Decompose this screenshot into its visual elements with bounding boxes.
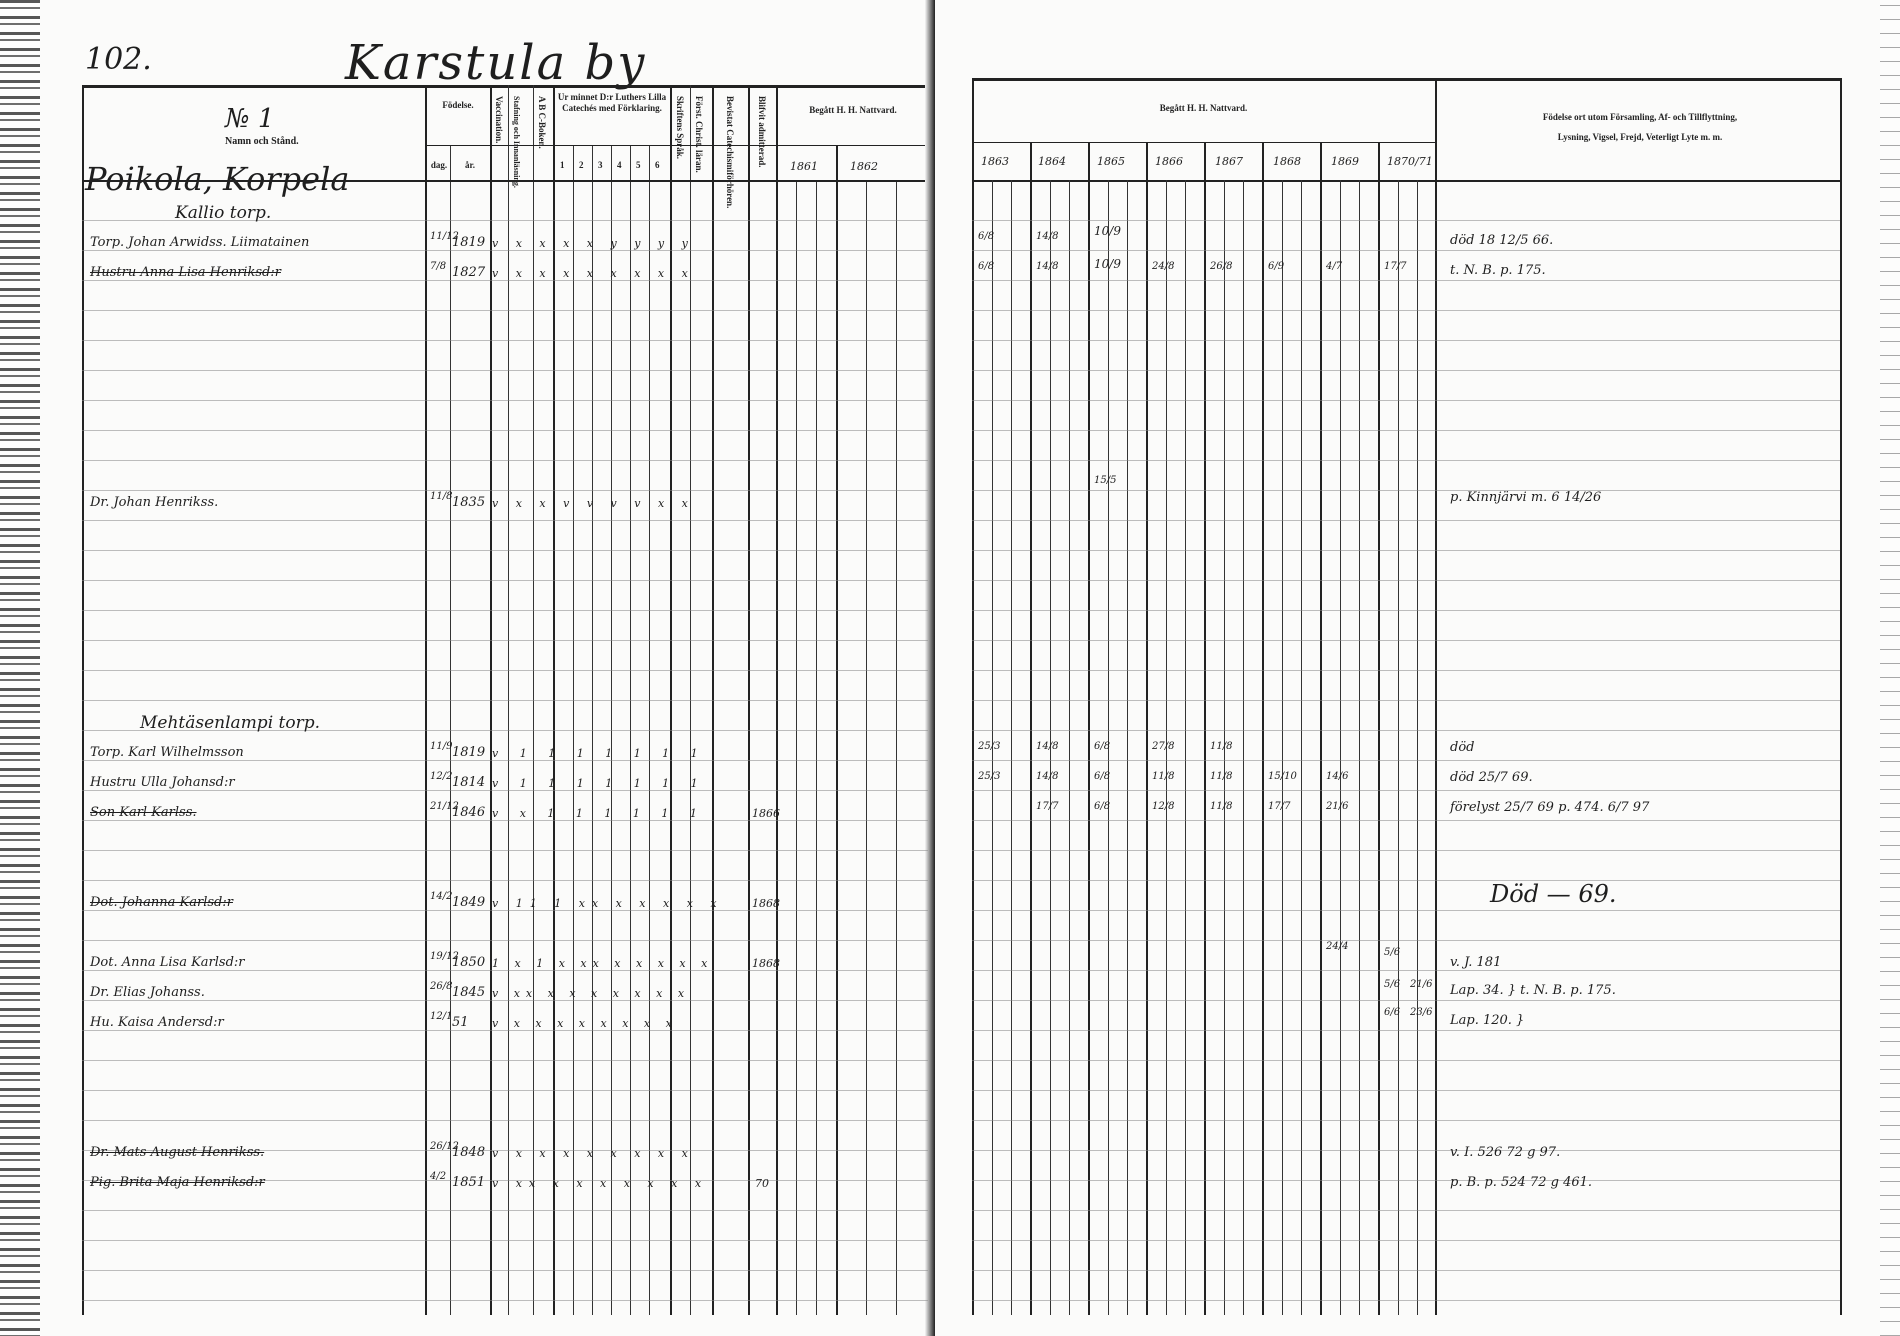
entry-marks: v xx x x x x x x x [492,1177,708,1190]
communion-1868: 17/7 [1268,802,1290,812]
col-rule [1030,142,1032,1315]
ruling-line [972,490,1840,491]
ruling-line [972,430,1840,431]
abc-boken-label: A B C-Boken. [537,96,547,186]
ruling-line [82,670,928,671]
col-rule [1359,180,1360,1315]
entry-name: Hu. Kaisa Andersd:r [90,1015,224,1030]
entry-birth-day: 11/9 [430,742,452,752]
admitterad-label: Blifvit admitterad. [757,96,767,186]
col-rule [816,180,817,1315]
entry-birth-year: 1827 [452,265,485,280]
col-rule [1185,180,1186,1315]
ruling-line [82,370,928,371]
entry-birth-day: 14/2 [430,892,452,902]
communion-1864: 14/8 [1036,232,1058,242]
entry-birth-year: 1835 [452,495,485,510]
communion-1865: 6/8 [1094,742,1110,752]
ruling-line [972,1300,1840,1301]
communion-1866: 24/8 [1152,262,1174,272]
ruling-line [972,1120,1840,1121]
entry-birth-day: 12/1 [430,1012,452,1022]
ruling-line [972,580,1840,581]
entry-marks: v x x x x x x x x [492,1017,678,1030]
entry-notes: död 25/7 69. [1450,770,1533,785]
ruling-line [82,280,928,281]
entry-birth-year: 1814 [452,775,485,790]
bevistat-label: Bevistat Catechismiförhören. [725,96,735,186]
communion-1870: 17/7 [1384,262,1406,272]
ruling-line [972,1180,1840,1181]
communion-1867: 11/8 [1210,742,1232,752]
communion-1869: 6/6 [1384,1008,1400,1018]
ruling-line [82,1120,928,1121]
col-rule [1243,180,1244,1315]
ruling-line [82,250,928,251]
ruling-line [972,910,1840,911]
entry-notes: död 18 12/5 66. [1450,233,1553,248]
ruling-line [972,850,1840,851]
entry-name: Pig. Brita Maja Henriksd:r [90,1175,265,1190]
ruling-line [972,640,1840,641]
ruling-line [82,1060,928,1061]
entry-birth-year: 1849 [452,895,485,910]
ruling-line [82,550,928,551]
entry-marks: v x x x x y y y y [492,237,695,250]
communion-1866: 27/8 [1152,742,1174,752]
col-rule [1282,180,1283,1315]
ruling-line [972,610,1840,611]
notes-label-1: Födelse ort utom Församling, Af- och Til… [1440,112,1840,123]
col-rule [1204,142,1206,1315]
header-rule-right [972,78,1842,81]
ruling-line [972,1270,1840,1271]
communion-1867: 11/8 [1210,802,1232,812]
cat-col-4: 4 [617,160,622,171]
ruling-line [972,1210,1840,1211]
entry-birth-day: 7/8 [430,262,446,272]
col-rule [1417,180,1418,1315]
cat-col-3: 3 [598,160,603,171]
communion-1870: 23/6 [1410,1008,1432,1018]
header-bottom-rule-right [972,180,1840,182]
ruling-line [972,1150,1840,1151]
ruling-line [972,520,1840,521]
left-page: 102. Karstula by № 1 Namn och Stånd. Poi… [0,0,935,1336]
ruling-line [972,310,1840,311]
entry-notes: Lap. 120. } [1450,1013,1524,1028]
year-1864: 1864 [1038,155,1066,168]
scan-edge-right [1880,0,1900,1336]
col-rule [1069,180,1070,1315]
entry-name: Dr. Johan Henrikss. [90,495,218,510]
name-label: Namn och Stånd. [225,136,299,147]
communion-1869: 4/7 [1326,262,1342,272]
stafning-label: Stafning och Innanläsning. [512,96,521,186]
col-rule [1088,142,1090,1315]
entry-birth-year: 1850 [452,955,485,970]
entry-notes: förelyst 25/7 69 p. 474. 6/7 97 [1450,800,1649,815]
entry-birth-year: 1846 [452,805,485,820]
entry-birth-year: 1819 [452,235,485,250]
ruling-line [82,1300,928,1301]
year-1866: 1866 [1155,155,1183,168]
entry-marks: v x x v v v v x x [492,497,695,510]
year-1869: 1869 [1331,155,1359,168]
ruling-line [972,400,1840,401]
section-title: Mehtäsenlampi torp. [140,713,320,733]
notes-divider [1435,78,1437,1315]
ruling-line [82,820,928,821]
skriftens-label: Skriftens Språk. [675,96,685,186]
communion-1870: 21/6 [1410,980,1432,990]
entry-marks: 1 x 1 x xx x x x x x [492,957,713,970]
frame-left-right [972,78,974,1315]
entry-name: Torp. Johan Arwidss. Liimatainen [90,235,309,250]
communion-1867: 11/8 [1210,772,1232,782]
forst-christ-label: Först. Christ. läran. [694,96,704,186]
communion-1864: 14/8 [1036,772,1058,782]
frame-right-right [1840,78,1842,1315]
year-1861: 1861 [790,160,818,173]
ruling-line [82,310,928,311]
place-title: Karstula by [345,35,646,91]
ruling-line [972,460,1840,461]
ruling-line [82,1210,928,1211]
header-subrule [425,145,928,146]
entry-name: Torp. Karl Wilhelmsson [90,745,244,760]
entry-admitted: 1868 [752,957,780,970]
col-rule [1398,180,1399,1315]
ruling-line [82,1000,928,1001]
ruling-line [82,940,928,941]
ruling-line [972,970,1840,971]
ruling-line [82,400,928,401]
ruling-line [82,910,928,911]
ruling-line [972,670,1840,671]
ruling-line [972,250,1840,251]
birth-year-label: år. [452,160,488,171]
number-label: № 1 [225,104,274,134]
communion-1863: 6/8 [978,262,994,272]
communion-1863: 25/3 [978,742,1000,752]
year-1867: 1867 [1215,155,1243,168]
col-rule [1340,180,1341,1315]
cat-col-5: 5 [636,160,641,171]
col-rule [866,180,867,1315]
year-1862: 1862 [850,160,878,173]
scan-edge-left [0,0,40,1336]
ruling-line [972,1090,1840,1091]
communion-1869: 5/6 [1384,948,1400,958]
entry-admitted: 1866 [752,807,780,820]
entry-name: Hustru Anna Lisa Henriksd:r [90,265,281,280]
ruling-line [82,700,928,701]
notes-label-2: Lysning, Vigsel, Frejd, Veterligt Lyte m… [1440,132,1840,143]
ruling-line [972,280,1840,281]
entry-name: Dr. Elias Johanss. [90,985,205,1000]
year-1863: 1863 [981,155,1009,168]
communion-1868: 24/4 [1326,942,1348,952]
birth-label: Födelse. [428,100,488,111]
entry-marks: v 11 1 xx x x x x x [492,897,724,910]
ruling-line [82,1240,928,1241]
entry-admitted: 70 [755,1177,769,1190]
page-number: 102. [85,42,152,77]
ruling-line [972,700,1840,701]
farm-title: Poikola, Korpela [85,160,349,198]
communion-1863: 25/3 [978,772,1000,782]
right-page: Begått H. H. Nattvard. Födelse ort utom … [935,0,1900,1336]
communion-1868: 6/9 [1268,262,1284,272]
ruling-line [82,790,928,791]
ruling-line [82,760,928,761]
header-rule [82,85,932,88]
communion-1865: 6/8 [1094,772,1110,782]
entry-notes: v. I. 526 72 g 97. [1450,1145,1560,1160]
ruling-line [82,340,928,341]
entry-marks: v xx x x x x x x x [492,987,690,1000]
ruling-line [82,1090,928,1091]
entry-marks: v x x x x x x x x [492,267,695,280]
ruling-line [972,1060,1840,1061]
entry-birth-year: 1848 [452,1145,485,1160]
entry-notes: p. Kinnjärvi m. 6 14/26 [1450,490,1601,505]
entry-birth-day: 26/8 [430,982,452,992]
entry-marks: v 1 1 1 1 1 1 1 [492,747,707,760]
communion-1869: 5/6 [1384,980,1400,990]
ruling-line [82,1270,928,1271]
year-1868: 1868 [1273,155,1301,168]
year-1865: 1865 [1097,155,1125,168]
col-rule [1262,142,1264,1315]
ruling-line [972,1000,1840,1001]
col-rule [1146,142,1148,1315]
ruling-line [972,340,1840,341]
col-rule [1378,142,1380,1315]
entry-birth-day: 4/2 [430,1172,446,1182]
vaccination-label: Vaccination. [494,96,504,186]
birth-day-label: dag. [428,160,450,171]
communion-1868: 15/10 [1268,772,1297,782]
communion-1865: 10/9 [1094,226,1121,236]
ruling-line [82,640,928,641]
entry-marks: v x x x x x x x x [492,1147,695,1160]
entry-birth-day: 11/8 [430,492,452,502]
nattvard-label-left: Begått H. H. Nattvard. [778,105,928,116]
col-rule [1127,180,1128,1315]
communion-1865: 6/8 [1094,802,1110,812]
communion-1863: 6/8 [978,232,994,242]
entry-birth-year: 1851 [452,1175,485,1190]
col-rule [1320,142,1322,1315]
ruling-line [972,790,1840,791]
entry-notes: v. J. 181 [1450,955,1501,970]
nattvard-label-right: Begått H. H. Nattvard. [972,103,1435,114]
entry-notes: Död — 69. [1490,880,1616,908]
entry-name: Hustru Ulla Johansd:r [90,775,235,790]
ruling-line [82,880,928,881]
communion-1869: 21/6 [1326,802,1348,812]
cat-col-2: 2 [579,160,584,171]
ruling-line [972,880,1840,881]
ruling-line [972,760,1840,761]
communion-1864: 14/8 [1036,742,1058,752]
ruling-line [972,370,1840,371]
ruling-line [972,1030,1840,1031]
ruling-line [972,730,1840,731]
entry-name: Dr. Mats August Henrikss. [90,1145,264,1160]
ruling-line [82,430,928,431]
entry-birth-year: 51 [452,1015,469,1030]
year-1870: 1870/71 [1387,155,1433,168]
entry-name: Dot. Johanna Karlsd:r [90,895,233,910]
entry-notes: Lap. 34. } t. N. B. p. 175. [1450,983,1616,998]
ruling-line [972,940,1840,941]
entry-birth-day: 12/2 [430,772,452,782]
entry-birth-year: 1819 [452,745,485,760]
col-rule [1011,180,1012,1315]
entry-marks: v x 1 1 1 1 1 1 [492,807,706,820]
cat-col-6: 6 [655,160,660,171]
communion-1866: 12/8 [1152,802,1174,812]
entry-name: Son Karl Karlss. [90,805,197,820]
communion-1864: 14/8 [1036,262,1058,272]
header-bottom-rule [82,180,928,182]
entry-notes: p. B. p. 524 72 g 461. [1450,1175,1592,1190]
ruling-line [82,850,928,851]
col-rule [896,180,897,1315]
col-rule [1301,180,1302,1315]
ruling-line [82,490,928,491]
communion-1865: 10/9 [1094,259,1121,269]
section-title: Kallio torp. [175,203,271,223]
ruling-line [82,460,928,461]
ruling-line [972,550,1840,551]
entry-admitted: 1868 [752,897,780,910]
entry-marks: v 1 1 1 1 1 1 1 [492,777,707,790]
communion-1864: 17/7 [1036,802,1058,812]
col-rule [796,180,797,1315]
communion-1867: 26/8 [1210,262,1232,272]
catechism-label: Ur minnet D:r Luthers Lilla Catechés med… [555,92,669,114]
communion-1865: 15/5 [1094,476,1116,486]
ruling-line [972,820,1840,821]
communion-1866: 11/8 [1152,772,1174,782]
entry-birth-year: 1845 [452,985,485,1000]
entry-name: Dot. Anna Lisa Karlsd:r [90,955,245,970]
ruling-line [82,1030,928,1031]
ruling-line [972,1240,1840,1241]
ruling-line [82,520,928,521]
ruling-line [82,610,928,611]
entry-notes: död [1450,740,1474,755]
ruling-line [972,220,1840,221]
cat-col-1: 1 [560,160,565,171]
ruling-line [82,970,928,971]
ruling-line [82,580,928,581]
entry-notes: t. N. B. p. 175. [1450,263,1546,278]
communion-1869: 14/6 [1326,772,1348,782]
